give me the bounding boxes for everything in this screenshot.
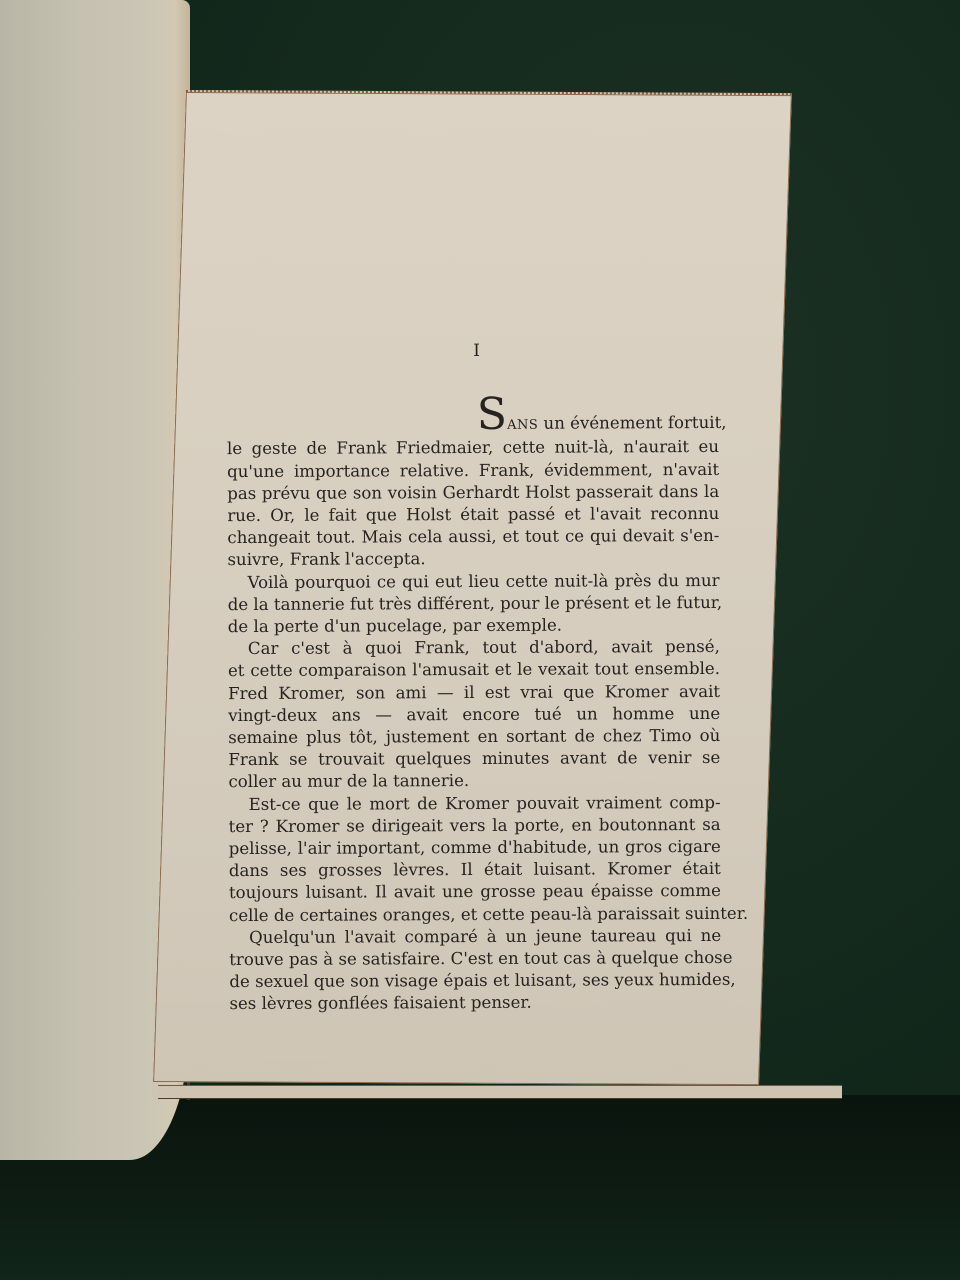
paragraph-2: Voilà pourquoi ce qui eut lieu cette nui… <box>228 570 720 639</box>
text-line: ter ? Kromer se dirigeait vers la porte,… <box>229 814 721 838</box>
text-line: Fred Kromer, son ami — il est vrai que K… <box>228 681 720 705</box>
text-line: le geste de Frank Friedmaier, cette nuit… <box>227 436 719 460</box>
text-line: de la tannerie fut très différent, pour … <box>228 592 720 616</box>
text-line: toujours luisant. Il avait une grosse pe… <box>229 880 721 904</box>
page-text: I SANS un événement fortuit, le geste de… <box>227 339 722 1016</box>
paragraph-4: Est-ce que le mort de Kromer pouvait vra… <box>229 792 722 927</box>
paragraph-5: Quelqu'un l'avait comparé à un jeune tau… <box>229 925 721 1016</box>
text-line: trouve pas à se satisfaire. C'est en tou… <box>229 947 721 971</box>
text-line: de la perte d'un pucelage, par exemple. <box>228 614 720 638</box>
text-line: qu'une importance relative. Frank, évide… <box>227 459 719 483</box>
text-line: changeait tout. Mais cela aussi, et tout… <box>227 525 719 549</box>
text-line: coller au mur de la tannerie. <box>228 769 720 793</box>
text-line: ses lèvres gonflées faisaient penser. <box>229 991 721 1015</box>
text-line: suivre, Frank l'accepta. <box>227 547 719 571</box>
text-line: Quelqu'un l'avait comparé à un jeune tau… <box>229 925 721 949</box>
text-line: semaine plus tôt, justement en sortant d… <box>228 725 720 749</box>
text-line: Est-ce que le mort de Kromer pouvait vra… <box>229 792 721 816</box>
text-line: dans ses grosses lèvres. Il était luisan… <box>229 858 721 882</box>
text-line: de sexuel que son visage épais et luisan… <box>229 969 721 993</box>
text-line: Frank se trouvait quelques minutes avant… <box>228 747 720 771</box>
text-line: SANS un événement fortuit, <box>227 399 719 438</box>
text-line: pas prévu que son voisin Gerhardt Holst … <box>227 481 719 505</box>
text-line: Voilà pourquoi ce qui eut lieu cette nui… <box>228 570 720 594</box>
chapter-number: I <box>227 339 719 363</box>
text-line: vingt-deux ans — avait encore tué un hom… <box>228 703 720 727</box>
text-line: et cette comparaison l'amusait et le vex… <box>228 658 720 682</box>
drop-cap: S <box>477 389 507 440</box>
text-line: Car c'est à quoi Frank, tout d'abord, av… <box>228 636 720 660</box>
small-caps: ANS <box>507 418 538 433</box>
paragraph-1: SANS un événement fortuit, le geste de F… <box>227 399 720 572</box>
page-bottom-edge <box>158 1085 842 1099</box>
text-line: celle de certaines oranges, et cette pea… <box>229 903 721 927</box>
text-line: pelisse, l'air important, comme d'habitu… <box>229 836 721 860</box>
paragraph-3: Car c'est à quoi Frank, tout d'abord, av… <box>228 636 721 794</box>
text-line: rue. Or, le fait que Holst était passé e… <box>227 503 719 527</box>
